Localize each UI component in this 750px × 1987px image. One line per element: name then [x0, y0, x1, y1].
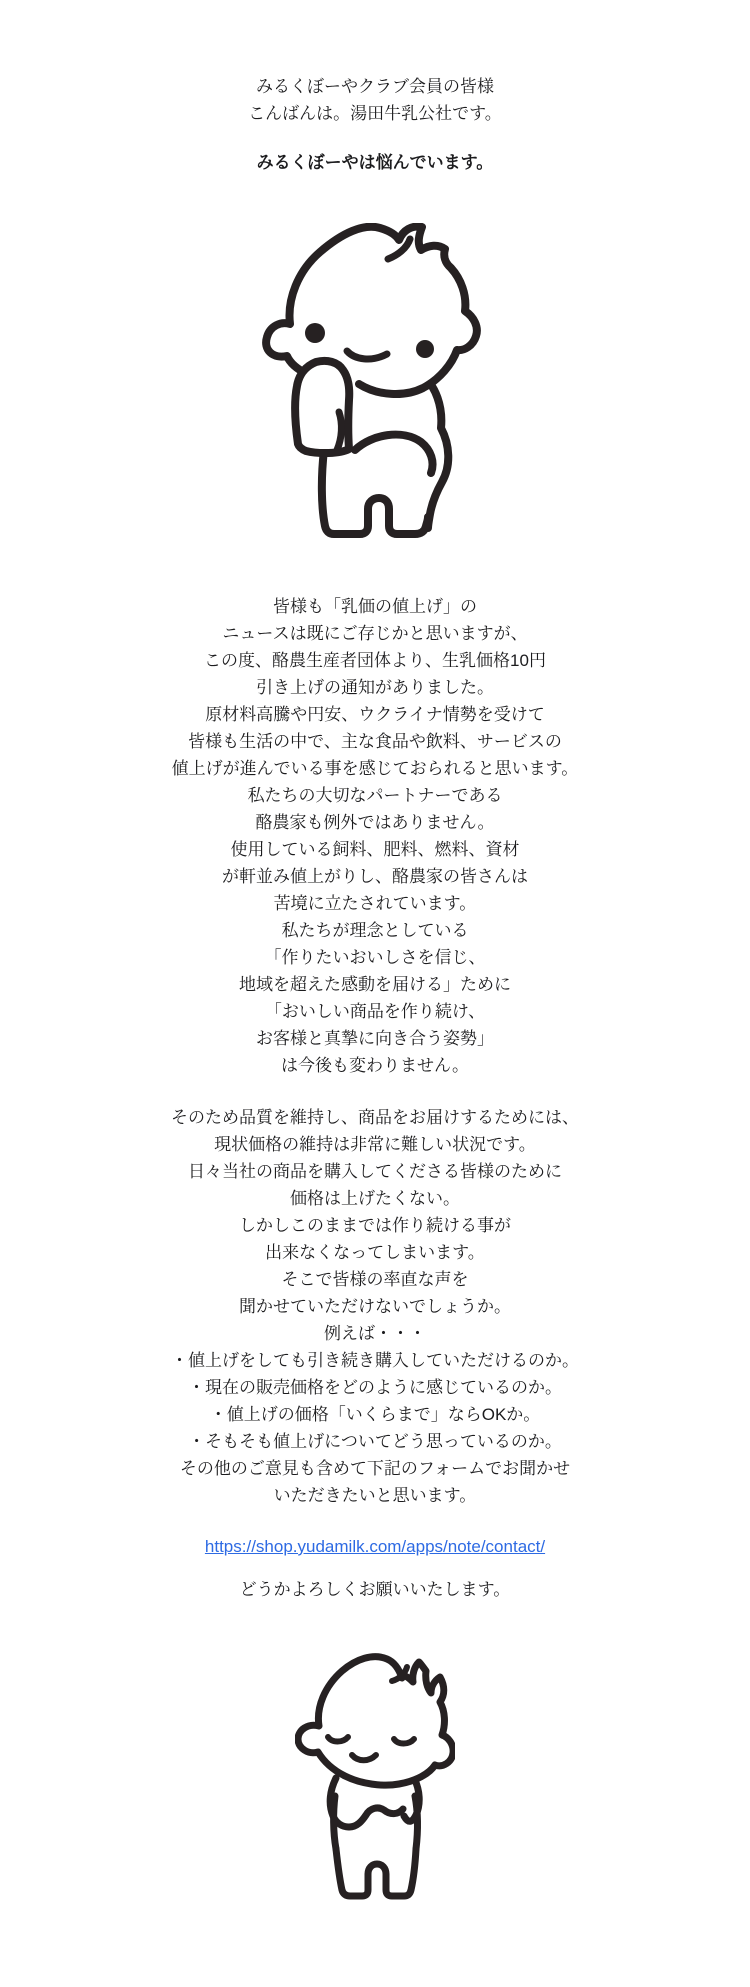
bullet-line: ・現在の販売価格をどのように感じているのか。 [0, 1374, 750, 1401]
paragraph-line: 引き上げの通知がありました。 [0, 674, 750, 701]
paragraph-line: 皆様も生活の中で、主な食品や飲料、サービスの [0, 728, 750, 755]
left-eye [305, 323, 325, 343]
paragraph-line: 「おいしい商品を作り続け、 [0, 998, 750, 1025]
paragraph-line: 「作りたいおいしさを信じ、 [0, 944, 750, 971]
mascot-milk-boy-thinking-illustration [260, 223, 490, 539]
greeting-line: みるくぼーやクラブ会員の皆様 [0, 73, 750, 100]
paragraph-line: 皆様も「乳価の値上げ」の [0, 593, 750, 620]
paragraph-line: 値上げが進んでいる事を感じておられると思います。 [0, 755, 750, 782]
paragraph-line: が軒並み値上がりし、酪農家の皆さんは [0, 863, 750, 890]
contact-form-link-row: https://shop.yudamilk.com/apps/note/cont… [0, 1533, 750, 1560]
paragraph-line: は今後も変わりません。 [0, 1052, 750, 1079]
right-eye [416, 340, 434, 358]
body-paragraph-1: 皆様も「乳価の値上げ」の ニュースは既にご存じかと思いますが、 この度、酪農生産… [0, 593, 750, 1079]
paragraph-line: 例えば・・・ [0, 1320, 750, 1347]
paragraph-line: そこで皆様の率直な声を [0, 1266, 750, 1293]
mascot-milk-boy-bowing-illustration [295, 1650, 455, 1900]
paragraph-line: その他のご意見も含めて下記のフォームでお聞かせ [0, 1455, 750, 1482]
bullet-line: ・値上げの価格「いくらまで」ならOKか。 [0, 1401, 750, 1428]
paragraph-line: ニュースは既にご存じかと思いますが、 [0, 620, 750, 647]
paragraph-line: 苦境に立たされています。 [0, 890, 750, 917]
paragraph-line: そのため品質を維持し、商品をお届けするためには、 [0, 1104, 750, 1131]
paragraph-line: 原材料高騰や円安、ウクライナ情勢を受けて [0, 701, 750, 728]
bullet-line: ・そもそも値上げについてどう思っているのか。 [0, 1428, 750, 1455]
paragraph-line: この度、酪農生産者団体より、生乳価格10円 [0, 647, 750, 674]
paragraph-line: 価格は上げたくない。 [0, 1185, 750, 1212]
paragraph-line: 私たちの大切なパートナーである [0, 782, 750, 809]
body-paragraph-2: そのため品質を維持し、商品をお届けするためには、 現状価格の維持は非常に難しい状… [0, 1104, 750, 1509]
greeting-block: みるくぼーやクラブ会員の皆様 こんばんは。湯田牛乳公社です。 [0, 73, 750, 127]
paragraph-line: お客様と真摯に向き合う姿勢」 [0, 1025, 750, 1052]
paragraph-line: 現状価格の維持は非常に難しい状況です。 [0, 1131, 750, 1158]
contact-form-link[interactable]: https://shop.yudamilk.com/apps/note/cont… [205, 1537, 545, 1556]
paragraph-line: 使用している飼料、肥料、燃料、資材 [0, 836, 750, 863]
paragraph-line: いただきたいと思います。 [0, 1482, 750, 1509]
greeting-line: こんばんは。湯田牛乳公社です。 [0, 100, 750, 127]
paragraph-line: 聞かせていただけないでしょうか。 [0, 1293, 750, 1320]
paragraph-line: 私たちが理念としている [0, 917, 750, 944]
paragraph-line: しかしこのままでは作り続ける事が [0, 1212, 750, 1239]
paragraph-line: 出来なくなってしまいます。 [0, 1239, 750, 1266]
paragraph-line: 酪農家も例外ではありません。 [0, 809, 750, 836]
headline: みるくぼーやは悩んでいます。 [0, 149, 750, 176]
bullet-line: ・値上げをしても引き続き購入していただけるのか。 [0, 1347, 750, 1374]
email-body: みるくぼーやクラブ会員の皆様 こんばんは。湯田牛乳公社です。 みるくぼーやは悩ん… [0, 0, 750, 1900]
paragraph-line: 地域を超えた感動を届ける」ために [0, 971, 750, 998]
closing-line: どうかよろしくお願いいたします。 [0, 1576, 750, 1603]
paragraph-line: 日々当社の商品を購入してくださる皆様のために [0, 1158, 750, 1185]
